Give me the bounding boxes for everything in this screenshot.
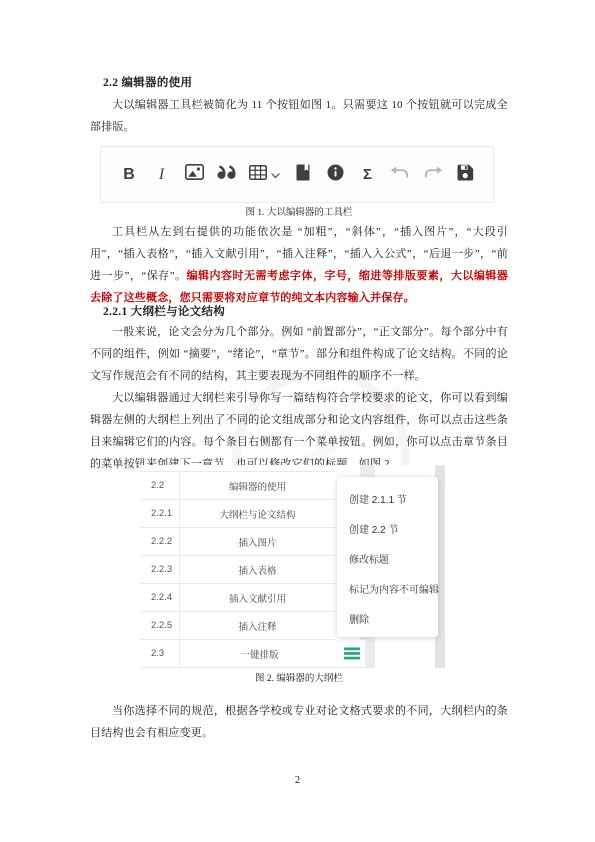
outline-row[interactable]: 2.2 编辑器的使用 bbox=[140, 472, 335, 500]
blockquote-button[interactable] bbox=[217, 163, 237, 187]
outline-row-partial bbox=[140, 465, 335, 472]
outline-row[interactable]: 2.2.1 大纲栏与论文结构 bbox=[140, 500, 335, 528]
figure2-caption: 图 2. 编辑器的大纲栏 bbox=[90, 670, 508, 684]
outline-row[interactable]: 2.2.4 插入文献引用 bbox=[140, 584, 335, 612]
document-page: 2.2 编辑器的使用 大以编辑器工具栏被简化为 11 个按钮如图 1。只需要这 … bbox=[0, 0, 595, 842]
bold-icon: B bbox=[123, 166, 135, 184]
outline-number: 2.2.2 bbox=[140, 528, 180, 555]
italic-button[interactable]: I bbox=[152, 163, 172, 187]
outline-number: 2.2 bbox=[140, 472, 180, 499]
row-menu-button[interactable] bbox=[339, 647, 365, 660]
menu-item-create-section[interactable]: 创建 2.2 节 bbox=[337, 513, 438, 543]
outline-title: 编辑器的使用 bbox=[180, 479, 335, 493]
outline-number: 2.2.1 bbox=[140, 500, 180, 527]
outline-title: 插入文献引用 bbox=[180, 591, 335, 605]
outline-row[interactable]: 2.2.3 插入表格 bbox=[140, 556, 335, 584]
italic-icon: I bbox=[159, 166, 164, 184]
info-icon bbox=[327, 164, 344, 186]
menu-item-delete[interactable]: 删除 bbox=[337, 603, 438, 633]
image-icon bbox=[185, 164, 204, 185]
outline-title: 插入表格 bbox=[180, 563, 335, 577]
outline-title: 插入注释 bbox=[180, 619, 335, 633]
outline-number: 2.2.3 bbox=[140, 556, 180, 583]
book-icon bbox=[296, 164, 310, 186]
page-number: 2 bbox=[0, 775, 595, 786]
outline-title: 大纲栏与论文结构 bbox=[180, 507, 335, 521]
figure1-toolbar: B I Σ bbox=[100, 146, 494, 203]
insert-citation-button[interactable] bbox=[293, 163, 313, 187]
outline-list: 2.2 编辑器的使用 2.2.1 大纲栏与论文结构 2.2.2 插入图片 2.2… bbox=[140, 465, 335, 668]
undo-icon bbox=[390, 166, 410, 184]
menu-item-rename[interactable]: 修改标题 bbox=[337, 543, 438, 573]
outline-row-active[interactable]: 2.3 一键排版 bbox=[140, 640, 365, 668]
paragraph-toolbar-functions: 工具栏从左到右提供的功能依次是 “加粗”，“斜体”，“插入图片”，“大段引用”，… bbox=[90, 221, 508, 309]
sigma-icon: Σ bbox=[363, 166, 372, 183]
insert-note-button[interactable] bbox=[325, 163, 345, 187]
section-heading-2-2: 2.2 编辑器的使用 bbox=[103, 74, 507, 90]
figure1-caption: 图 1. 大以编辑器的工具栏 bbox=[90, 204, 508, 218]
outline-number: 2.2.4 bbox=[140, 584, 180, 611]
section-heading-2-2-1: 2.2.1 大纲栏与论文结构 bbox=[103, 303, 507, 319]
menu-item-mark-uneditable[interactable]: 标记为内容不可编辑 bbox=[337, 573, 438, 603]
quote-icon bbox=[217, 165, 236, 184]
outline-number: 2.2.5 bbox=[140, 612, 180, 639]
paragraph-intro: 大以编辑器工具栏被简化为 11 个按钮如图 1。只需要这 10 个按钮就可以完成… bbox=[90, 94, 508, 138]
insert-formula-button[interactable]: Σ bbox=[358, 163, 378, 187]
insert-table-button[interactable] bbox=[249, 163, 280, 187]
paragraph-outline-intro: 大以编辑器通过大纲栏来引导你写一篇结构符合学校要求的论文，你可以看到编辑器左侧的… bbox=[90, 387, 508, 475]
context-menu: 创建 2.1.1 节 创建 2.2 节 修改标题 标记为内容不可编辑 删除 bbox=[337, 477, 438, 637]
redo-icon bbox=[423, 166, 443, 184]
menu-item-create-subsection[interactable]: 创建 2.1.1 节 bbox=[337, 483, 438, 513]
outline-row[interactable]: 2.2.5 插入注释 bbox=[140, 612, 335, 640]
figure2-outline-panel: 2.2 编辑器的使用 2.2.1 大纲栏与论文结构 2.2.2 插入图片 2.2… bbox=[140, 465, 462, 668]
outline-title: 一键排版 bbox=[180, 647, 339, 661]
chevron-down-icon bbox=[271, 166, 280, 184]
paragraph-structure: 一般来说，论文会分为几个部分。例如 “前置部分”，“正文部分”。每个部分中有不同… bbox=[90, 321, 508, 387]
redo-button[interactable] bbox=[423, 163, 443, 187]
save-icon bbox=[457, 164, 474, 186]
outline-row[interactable]: 2.2.2 插入图片 bbox=[140, 528, 335, 556]
insert-image-button[interactable] bbox=[184, 163, 204, 187]
bold-button[interactable]: B bbox=[119, 163, 139, 187]
outline-title: 插入图片 bbox=[180, 535, 335, 549]
save-button[interactable] bbox=[455, 163, 475, 187]
undo-button[interactable] bbox=[390, 163, 410, 187]
paragraph-closing: 当你选择不同的规范，根据各学校或专业对论文格式要求的不同，大纲栏内的条目结构也会… bbox=[90, 700, 508, 744]
table-icon bbox=[249, 165, 267, 185]
outline-number: 2.3 bbox=[140, 640, 180, 667]
